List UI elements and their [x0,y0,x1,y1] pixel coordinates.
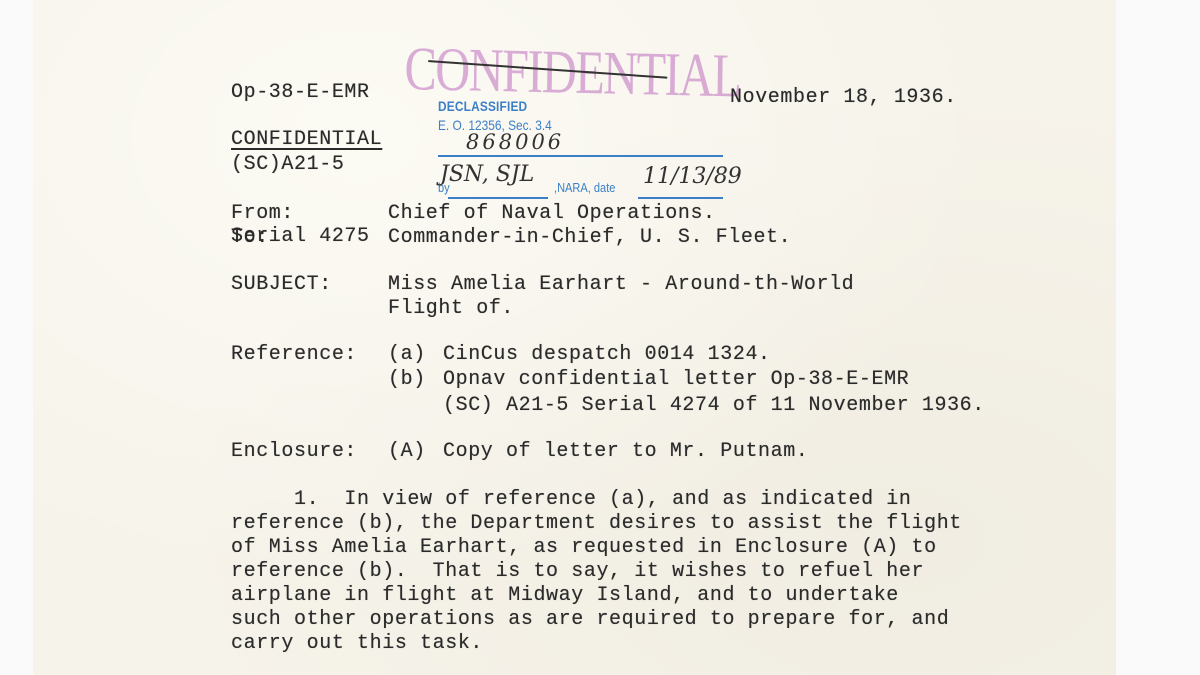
declassified-date: 11/13/89 [643,164,742,189]
subject-line-1: Miss Amelia Earhart - Around-th-World [388,273,854,297]
subject-label: SUBJECT: [231,273,332,297]
stamp-rule [638,197,723,199]
declassified-stamp: DECLASSIFIED E. O. 12356, Sec. 3.4 86800… [438,98,728,198]
reference-a-text: CinCus despatch 0014 1324. [443,343,771,367]
body-line-1: 1. In view of reference (a), and as indi… [231,488,912,512]
declassified-number: 868006 [466,130,564,154]
subject-line-2: Flight of. [388,297,514,321]
reference-b-text-2: (SC) A21-5 Serial 4274 of 11 November 19… [443,394,985,418]
enclosure-label: Enclosure: [231,440,357,464]
to-value: Commander-in-Chief, U. S. Fleet. [388,226,791,250]
reference-b-text-1: Opnav confidential letter Op-38-E-EMR [443,368,909,392]
file-subcode: (SC)A21-5 [231,153,370,177]
body-line-6: such other operations as are required to… [231,608,949,632]
enclosure-marker: (A) [388,440,426,464]
declassified-signature: JSN, SJL [440,162,534,187]
body-line-5: airplane in flight at Midway Island, and… [231,584,899,608]
stamp-rule [438,155,723,157]
body-line-7: carry out this task. [231,632,483,656]
body-line-3: of Miss Amelia Earhart, as requested in … [231,536,937,560]
enclosure-text: Copy of letter to Mr. Putnam. [443,440,808,464]
reference-a-marker: (a) [388,343,426,367]
reference-label: Reference: [231,343,357,367]
from-label: From: [231,202,294,226]
file-code: Op-38-E-EMR [231,81,370,105]
body-line-4: reference (b). That is to say, it wishes… [231,560,924,584]
stamp-rule [448,197,548,199]
declassified-nara-label: ,NARA, date [554,180,615,195]
classification-label: CONFIDENTIAL [231,128,382,152]
body-line-2: reference (b), the Department desires to… [231,512,962,536]
declassified-title: DECLASSIFIED [438,98,527,114]
reference-b-marker: (b) [388,368,426,392]
from-value: Chief of Naval Operations. [388,202,716,226]
to-label: To: [231,226,269,250]
letter-date: November 18, 1936. [730,86,957,110]
